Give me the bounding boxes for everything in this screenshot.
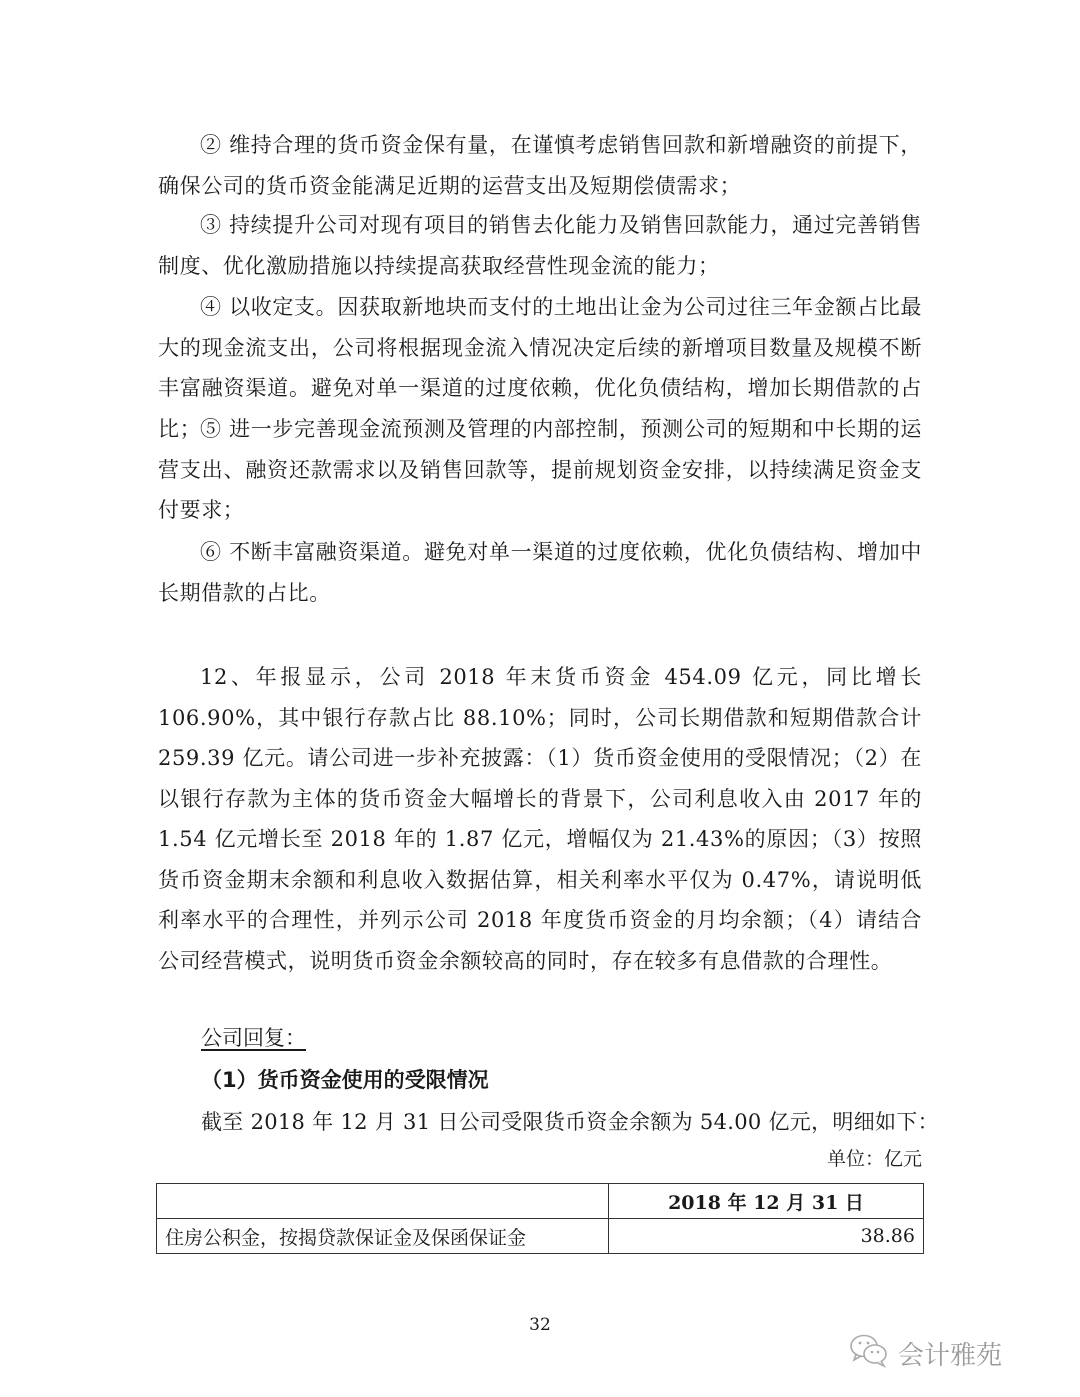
paragraph-text: 维持合理的货币资金保有量，在谨慎考虑销售回款和新增融资的前提下，确保公司的货币资… [158,133,922,198]
question-paragraph: 12、年报显示，公司 2018 年末货币资金 454.09 亿元，同比增长 10… [158,657,922,981]
list-marker: ② [200,133,222,157]
watermark-text: 会计雅苑 [898,1335,1002,1372]
table-cell-item: 住房公积金，按揭贷款保证金及保函保证金 [157,1219,609,1254]
list-marker: ⑤ [200,417,222,441]
paragraph-item-6: ⑥ 不断丰富融资渠道。避免对单一渠道的过度依赖，优化负债结构、增加中长期借款的占… [158,532,922,613]
paragraph-text: 不断丰富融资渠道。避免对单一渠道的过度依赖，优化负债结构、增加中长期借款的占比。 [158,540,922,605]
intro-line: 截至 2018 年 12 月 31 日公司受限货币资金余额为 54.00 亿元，… [201,1107,939,1137]
table-cell-value: 38.86 [609,1219,924,1254]
list-marker: ⑥ [200,540,222,564]
unit-label: 单位：亿元 [827,1145,922,1173]
table-header-row: 2018 年 12 月 31 日 [157,1184,924,1219]
table-header-date: 2018 年 12 月 31 日 [609,1184,924,1219]
paragraph-text: 持续提升公司对现有项目的销售去化能力及销售回款能力，通过完善销售制度、优化激励措… [158,213,922,278]
table-header-blank [157,1184,609,1219]
wechat-icon [848,1332,890,1375]
section-heading: （1）货币资金使用的受限情况 [201,1065,489,1095]
restricted-funds-table: 2018 年 12 月 31 日 住房公积金，按揭贷款保证金及保函保证金 38.… [156,1183,924,1254]
list-marker: ④ [200,295,222,319]
paragraph-item-3: ③ 持续提升公司对现有项目的销售去化能力及销售回款能力，通过完善销售制度、优化激… [158,205,922,286]
paragraph-text: 进一步完善现金流预测及管理的内部控制，预测公司的短期和中长期的运营支出、融资还款… [158,417,922,522]
reply-heading: 公司回复： [201,1023,306,1053]
watermark: 会计雅苑 [848,1332,1002,1375]
paragraph-item-2: ② 维持合理的货币资金保有量，在谨慎考虑销售回款和新增融资的前提下，确保公司的货… [158,125,922,206]
question-text: 12、年报显示，公司 2018 年末货币资金 454.09 亿元，同比增长 10… [158,665,922,973]
paragraph-item-5: ⑤ 进一步完善现金流预测及管理的内部控制，预测公司的短期和中长期的运营支出、融资… [158,409,922,531]
table-row: 住房公积金，按揭贷款保证金及保函保证金 38.86 [157,1219,924,1254]
document-page: ② 维持合理的货币资金保有量，在谨慎考虑销售回款和新增融资的前提下，确保公司的货… [0,0,1080,1397]
list-marker: ③ [200,213,222,237]
